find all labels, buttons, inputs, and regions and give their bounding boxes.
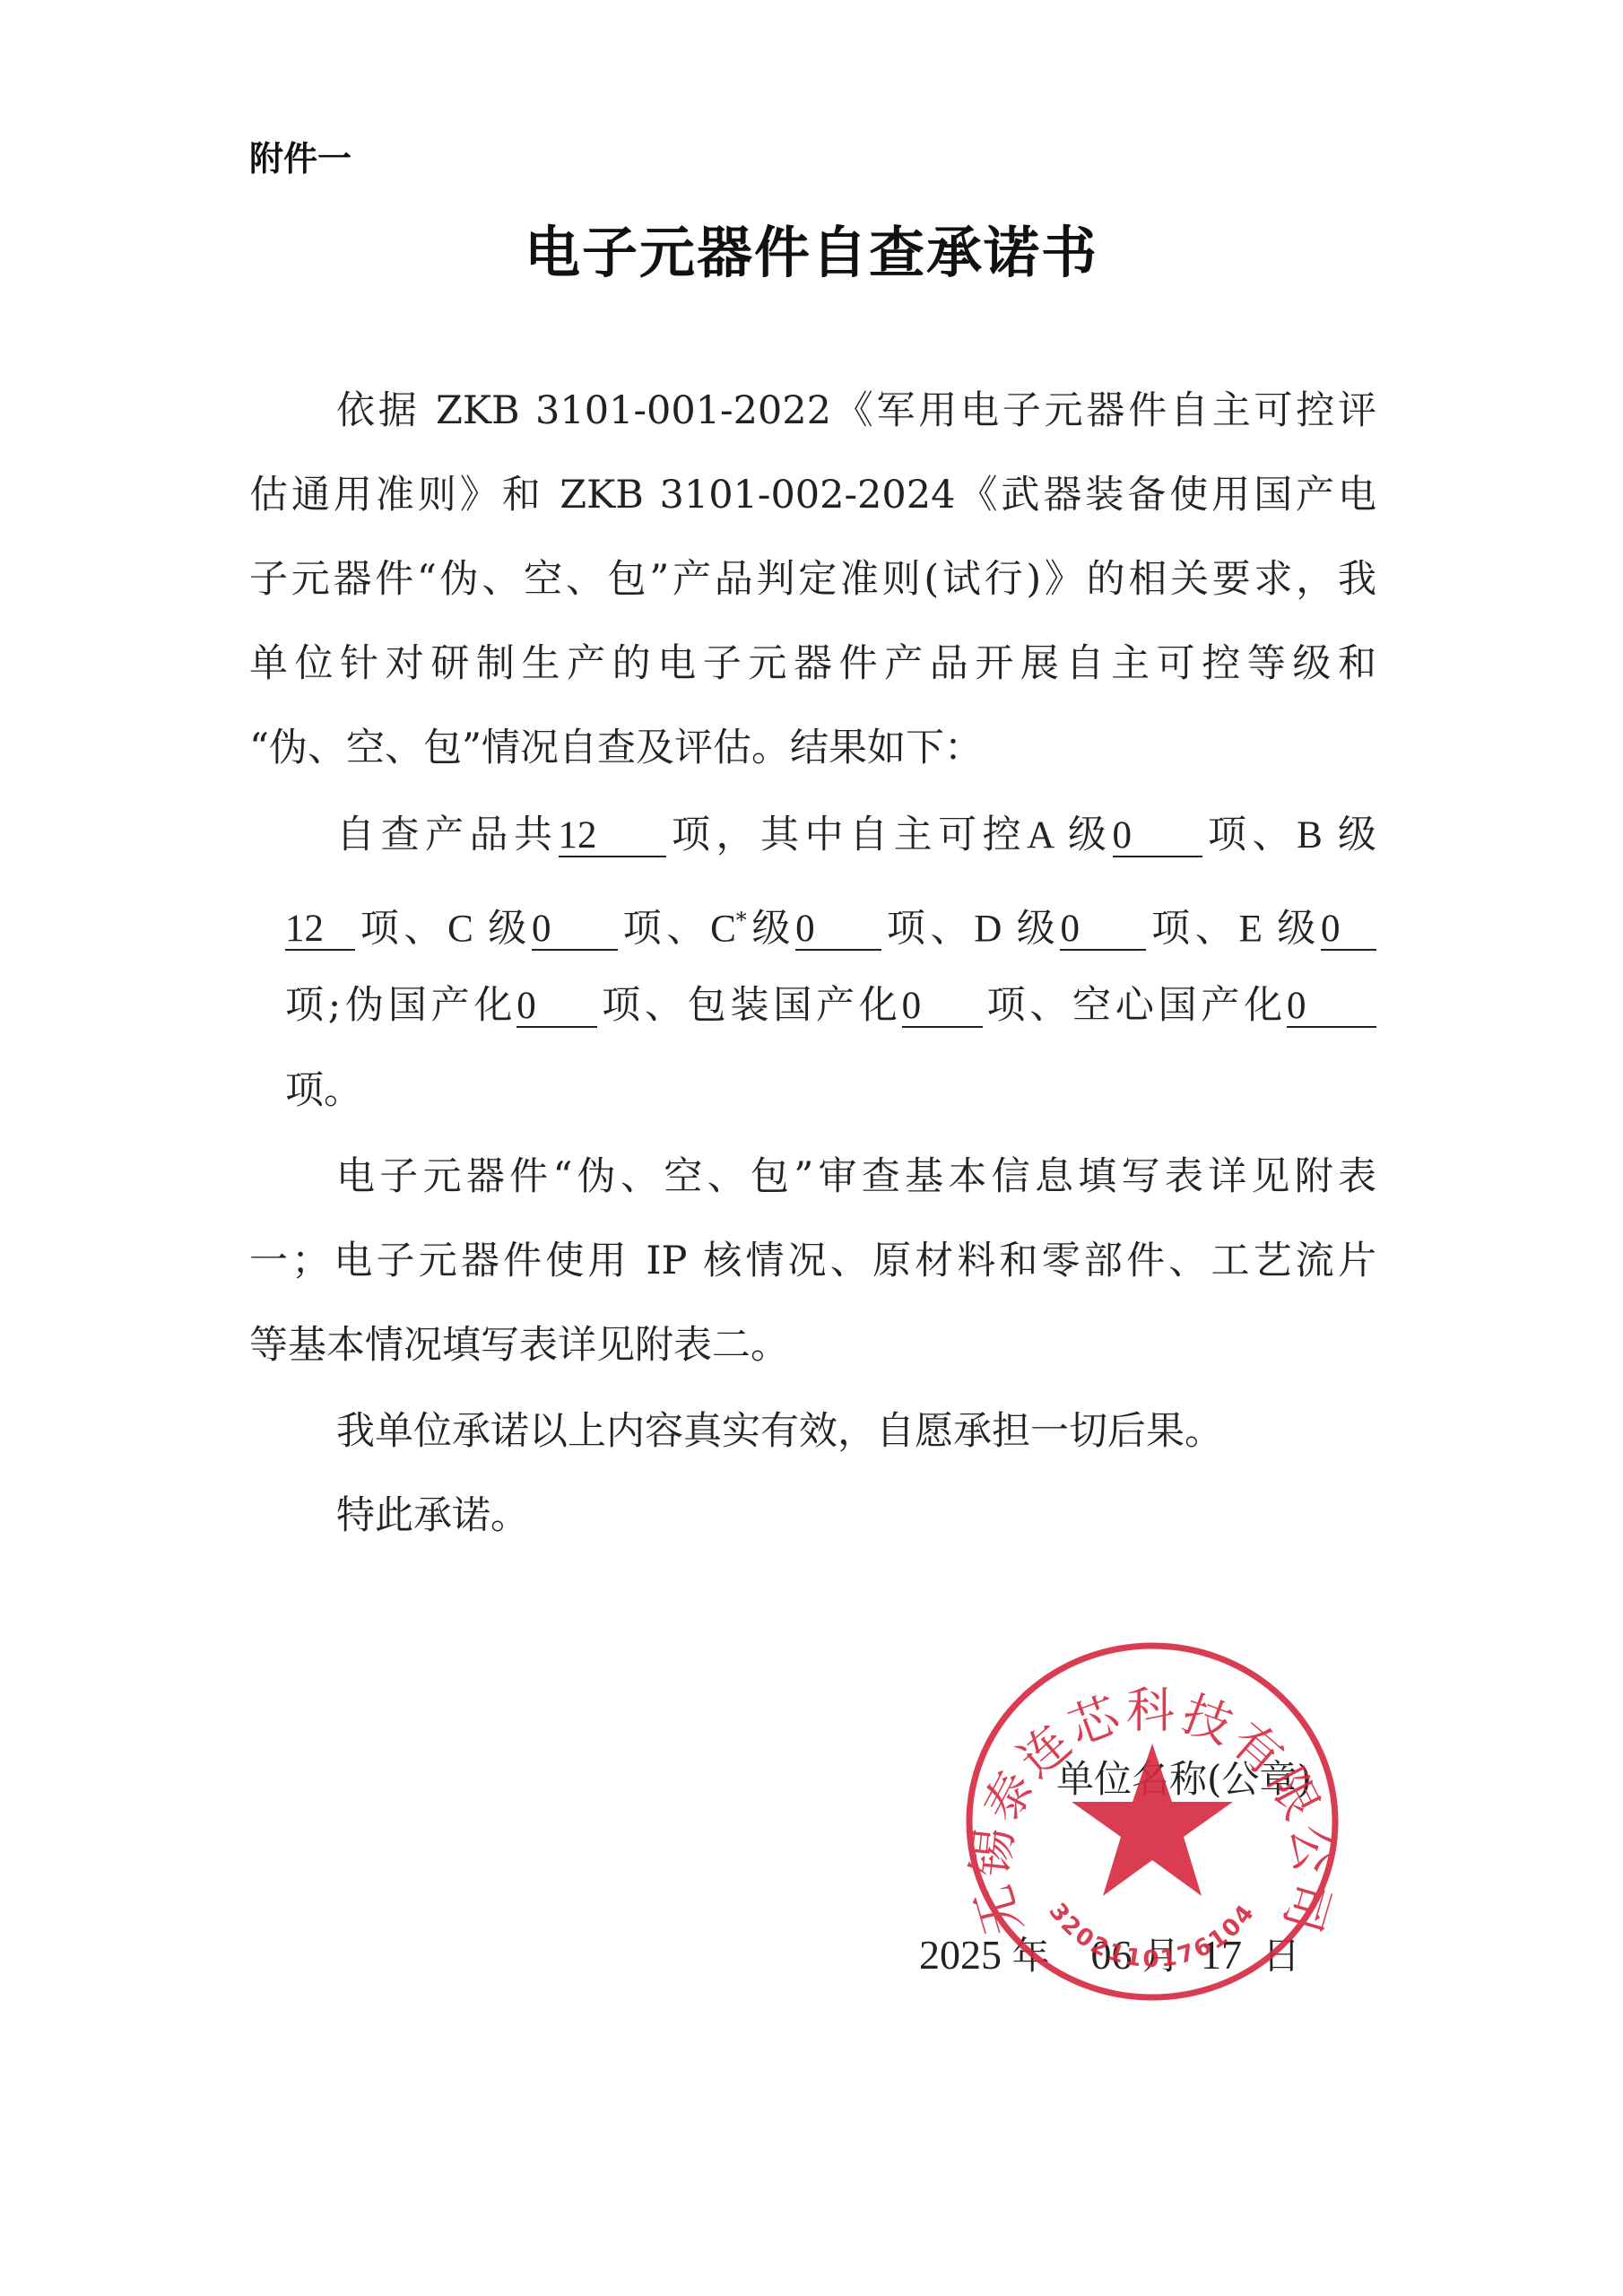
document-title: 电子元器件自查承诺书 — [0, 208, 1623, 288]
paragraph-line: 单位针对研制生产的电子元器件产品开展自主可控等级和 — [249, 640, 1376, 687]
unit-label: 项 — [597, 983, 645, 1028]
unit-label: 项 — [881, 906, 930, 951]
results-line-1: 自查产品共12项，其中自主可控A 级0项、B 级 — [336, 812, 1376, 859]
results-mid-text: ，其中自主可控 — [716, 813, 1028, 857]
paragraph-line: “伪、空、包”情况自查及评估。结果如下： — [249, 725, 983, 771]
results-total-label: 自查产品共 — [336, 813, 559, 857]
fake-localization-value: 0 — [516, 987, 597, 1028]
paragraph-commitment: 我单位承诺以上内容真实有效，自愿承担一切后果。 — [336, 1408, 1223, 1455]
document-page: 附件一 电子元器件自查承诺书 依据 ZKB 3101-001-2022《军用电子… — [0, 0, 1623, 2296]
separator: 、 — [404, 906, 447, 951]
package-localization-value: 0 — [902, 987, 983, 1028]
paragraph-line: 估通用准则》和 ZKB 3101-002-2024《武器装备使用国产电 — [249, 472, 1376, 518]
hollow-localization-label: 空心国产化 — [1072, 983, 1287, 1028]
company-seal-icon: 无锡泰连芯科技有限公司 3202110176104 — [961, 1638, 1343, 2005]
results-line-2: 12项、C 级0项、C*级0项、D 级0项、E 级0 — [285, 897, 1376, 952]
grade-b-value: 12 — [285, 909, 355, 951]
unit-label: 项 — [1146, 906, 1194, 951]
unit-label: 项 — [983, 983, 1030, 1028]
unit-label: 项 — [666, 813, 716, 857]
results-total-value: 12 — [559, 816, 666, 857]
results-line-3: 项;伪国产化0项、包装国产化0项、空心国产化0 — [285, 982, 1376, 1029]
paragraph-closing: 特此承诺。 — [336, 1492, 529, 1539]
grade-d-label: D 级 — [974, 908, 1060, 950]
grade-e-value: 0 — [1321, 909, 1376, 951]
separator: 、 — [1195, 906, 1239, 951]
package-localization-label: 包装国产化 — [688, 983, 902, 1028]
paragraph-line: 依据 ZKB 3101-001-2022《军用电子元器件自主可控评 — [336, 387, 1376, 434]
hollow-localization-value: 0 — [1287, 987, 1376, 1028]
unit-label: 项 — [618, 906, 666, 951]
svg-text:3202110176104: 3202110176104 — [1044, 1899, 1262, 1973]
unit-label: 项 — [285, 983, 328, 1028]
separator: 、 — [645, 983, 688, 1028]
grade-a-value: 0 — [1113, 816, 1202, 857]
paragraph-line: 电子元器件“伪、空、包”审查基本信息填写表详见附表 — [336, 1153, 1376, 1200]
attachment-label: 附件一 — [249, 131, 352, 180]
separator: 、 — [1253, 813, 1298, 857]
paragraph-line: 一；电子元器件使用 IP 核情况、原材料和零部件、工艺流片 — [249, 1238, 1376, 1284]
grade-e-label: E 级 — [1239, 908, 1321, 950]
paragraph-line: 等基本情况填写表详见附表二。 — [249, 1322, 789, 1369]
separator: ; — [328, 983, 342, 1028]
grade-d-value: 0 — [1060, 909, 1146, 951]
grade-a-label: A 级 — [1027, 814, 1112, 857]
grade-c-value: 0 — [532, 909, 618, 951]
separator: 、 — [666, 906, 710, 951]
paragraph-line: 子元器件“伪、空、包”产品判定准则(试行)》的相关要求，我 — [249, 556, 1376, 603]
unit-label: 项 — [1202, 813, 1253, 857]
separator: 、 — [1029, 983, 1072, 1028]
separator: 、 — [931, 906, 975, 951]
grade-cstar-suffix: 级 — [747, 906, 795, 951]
grade-cstar-label: C — [710, 908, 736, 950]
grade-b-label: B 级 — [1297, 814, 1376, 857]
grade-c-label: C 级 — [447, 908, 532, 950]
fake-localization-label: 伪国产化 — [341, 983, 516, 1028]
grade-cstar-value: 0 — [795, 909, 881, 951]
results-line-4: 项。 — [285, 1067, 362, 1114]
grade-cstar-asterisk: * — [736, 908, 747, 933]
unit-label: 项 — [355, 906, 404, 951]
